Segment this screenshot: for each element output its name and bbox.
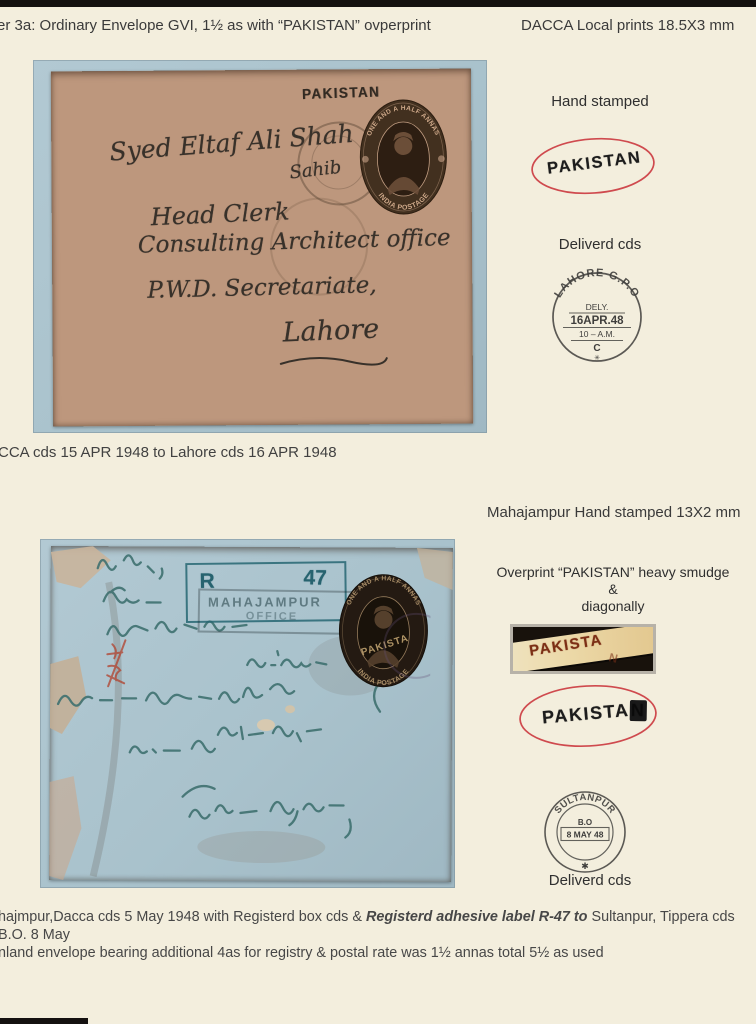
box-stamp-town: MAHAJAMPUR: [208, 594, 322, 609]
scan-edge-bottom: [0, 1018, 88, 1024]
registration-r: R: [199, 570, 214, 594]
red-manuscript-fraction: [107, 640, 125, 686]
sultanpur-datestamp: SULTANPUR B.O 8 MAY 48 ✱: [535, 782, 635, 882]
cds2-bo: B.O: [578, 818, 592, 827]
cds-ornament: ✳: [594, 354, 600, 362]
svg-text:LAHORE G.P.O: LAHORE G.P.O: [552, 267, 642, 300]
page-title-left: er 3a: Ordinary Envelope GVI, 1½ as with…: [0, 17, 431, 34]
cover2-mount: MAHAJAMPUR OFFICE R 47 ONE AND: [40, 539, 455, 888]
underline-flourish: [279, 355, 391, 370]
cover1-caption: CCA cds 15 APR 1948 to Lahore cds 16 APR…: [0, 444, 337, 461]
scan-edge-top: [0, 0, 756, 7]
registered-box: MAHAJAMPUR OFFICE R 47: [185, 561, 347, 623]
cover2-caption: hajmpur,Dacca cds 5 May 1948 with Regist…: [0, 908, 743, 962]
fragment-smudge-letter: N: [607, 650, 619, 666]
cds-code: C: [593, 343, 600, 354]
box-stamp-office: OFFICE: [246, 610, 299, 623]
delivered-cds-label-2: Deliverd cds: [528, 872, 652, 889]
cover1-envelope: PAKISTAN ONE AND A HALF A: [51, 69, 473, 427]
address-line-5: P.W.D. Secretariate,: [147, 272, 377, 304]
cds-time: 10 – A.M.: [579, 329, 615, 339]
embossed-stamp-kgvi: ONE AND A HALF ANNAS INDIA POSTAGE: [357, 97, 450, 218]
registration-number: 47: [303, 566, 327, 591]
overprint-note: Overprint “PAKISTAN” heavy smudge & diag…: [492, 564, 734, 615]
pakistan-oval-annotation-2: PAKISTAN: [516, 683, 660, 749]
address-line-3: Head Clerk: [150, 197, 290, 231]
overprint-note-line1: Overprint “PAKISTAN” heavy smudge &: [492, 564, 734, 598]
address-line-6: Lahore: [282, 314, 380, 349]
caption2-part1: hajmpur,Dacca cds 5 May 1948 with Regist…: [0, 909, 366, 925]
section2-title: Mahajampur Hand stamped 13X2 mm: [487, 504, 740, 521]
cover1-mount: PAKISTAN ONE AND A HALF A: [33, 60, 487, 433]
embossed-stamp-kgvi-2: ONE AND A HALF ANNAS INDIA POSTAGE PAKIS…: [336, 571, 431, 689]
cover2-envelope: MAHAJAMPUR OFFICE R 47 ONE AND: [49, 546, 453, 882]
cds-arc-text: LAHORE G.P.O: [552, 267, 642, 300]
cds-dely: DELY.: [586, 302, 609, 312]
delivered-cds-label-1: Deliverd cds: [538, 236, 662, 253]
cds2-date: 8 MAY 48: [567, 830, 604, 840]
pakistan-oval-annotation-1: PAKISTAN: [528, 135, 658, 197]
cds2-star: ✱: [581, 861, 589, 871]
address-line-4: Consulting Architect office: [138, 225, 451, 259]
hand-stamped-label: Hand stamped: [538, 93, 662, 110]
overprint-closeup-photo: PAKISTA N: [510, 624, 656, 674]
lahore-gpo-datestamp: LAHORE G.P.O DELY. 16APR.48 10 – A.M. C …: [541, 261, 653, 373]
caption2-line2: nland envelope bearing additional 4as fo…: [0, 944, 743, 962]
album-page: er 3a: Ordinary Envelope GVI, 1½ as with…: [0, 0, 756, 1024]
caption2-bold: Registerd adhesive label R-47 to: [366, 909, 588, 925]
caption2-line1: hajmpur,Dacca cds 5 May 1948 with Regist…: [0, 908, 743, 944]
smudged-letter: N: [629, 700, 646, 721]
cds-date: 16APR.48: [570, 315, 624, 327]
overprint-note-line2: diagonally: [492, 598, 734, 615]
page-title-right: DACCA Local prints 18.5X3 mm: [521, 17, 734, 34]
